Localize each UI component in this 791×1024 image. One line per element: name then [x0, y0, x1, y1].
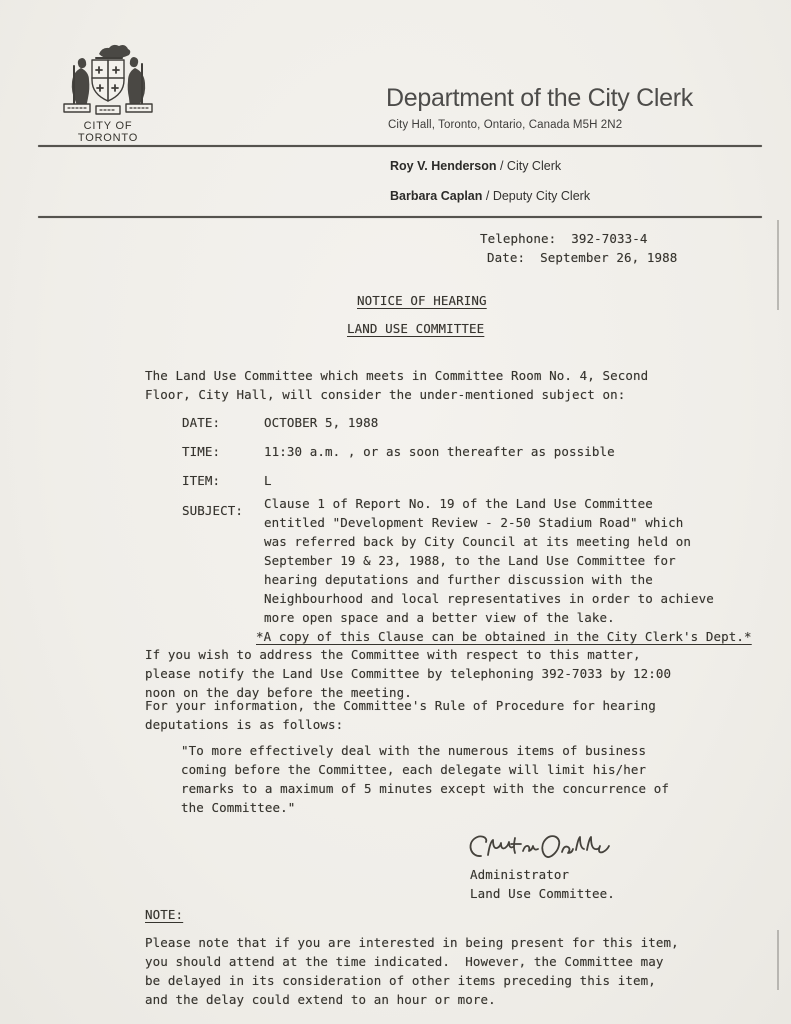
time-field-value: 11:30 a.m. , or as soon thereafter as po… [264, 442, 615, 461]
city-clerk-line: Roy V. Henderson / City Clerk [390, 159, 561, 173]
city-of-toronto-crest-logo: CITY OF TORONTO [52, 44, 164, 144]
note-label: NOTE: [145, 905, 183, 924]
deputy-clerk-title: / Deputy City Clerk [482, 189, 590, 203]
date-field-value: OCTOBER 5, 1988 [264, 413, 378, 432]
department-title: Department of the City Clerk [386, 84, 693, 113]
subject-field-value: Clause 1 of Report No. 19 of the Land Us… [264, 494, 714, 627]
handwritten-signature-icon [463, 831, 621, 865]
date-label: Date: [487, 248, 525, 267]
department-address: City Hall, Toronto, Ontario, Canada M5H … [388, 119, 622, 131]
procedure-quote: "To more effectively deal with the numer… [181, 741, 669, 817]
signatory-title: Administrator [470, 865, 621, 884]
deputy-clerk-line: Barbara Caplan / Deputy City Clerk [390, 189, 590, 203]
city-clerk-name: Roy V. Henderson [390, 159, 497, 173]
date-field-label: DATE: [182, 413, 220, 432]
telephone-label: Telephone: [480, 229, 556, 248]
subject-field-label: SUBJECT: [182, 501, 243, 520]
address-committee-paragraph: If you wish to address the Committee wit… [145, 645, 671, 702]
notice-of-hearing-title: NOTICE OF HEARING [357, 291, 487, 310]
city-clerk-title: / City Clerk [497, 159, 562, 173]
scan-artifact-line [777, 220, 779, 310]
deputy-clerk-name: Barbara Caplan [390, 189, 482, 203]
time-field-label: TIME: [182, 442, 220, 461]
intro-paragraph: The Land Use Committee which meets in Co… [145, 366, 648, 404]
note-paragraph: Please note that if you are interested i… [145, 933, 679, 1009]
scanned-notice-document: CITY OF TORONTO Department of the City C… [0, 0, 791, 1024]
item-field-label: ITEM: [182, 471, 220, 490]
contact-block: Telephone:392-7033-4 Date:September 26, … [480, 229, 677, 267]
header-divider-bottom [38, 216, 762, 218]
telephone-line: Telephone:392-7033-4 [480, 229, 677, 248]
scan-artifact-line-bottom [777, 930, 779, 990]
header-divider-top [38, 145, 762, 147]
signature-block: Administrator Land Use Committee. [463, 831, 621, 903]
item-field-value: L [264, 471, 272, 490]
telephone-number: 392-7033-4 [571, 229, 647, 248]
signatory-committee: Land Use Committee. [470, 884, 621, 903]
subject-clause-note: *A copy of this Clause can be obtained i… [256, 627, 752, 646]
logo-caption: CITY OF TORONTO [52, 120, 164, 144]
date-value: September 26, 1988 [540, 248, 677, 267]
date-line: Date:September 26, 1988 [487, 248, 677, 267]
coat-of-arms-icon [52, 44, 164, 118]
rule-of-procedure-paragraph: For your information, the Committee's Ru… [145, 696, 656, 734]
land-use-committee-title: LAND USE COMMITTEE [347, 319, 484, 338]
